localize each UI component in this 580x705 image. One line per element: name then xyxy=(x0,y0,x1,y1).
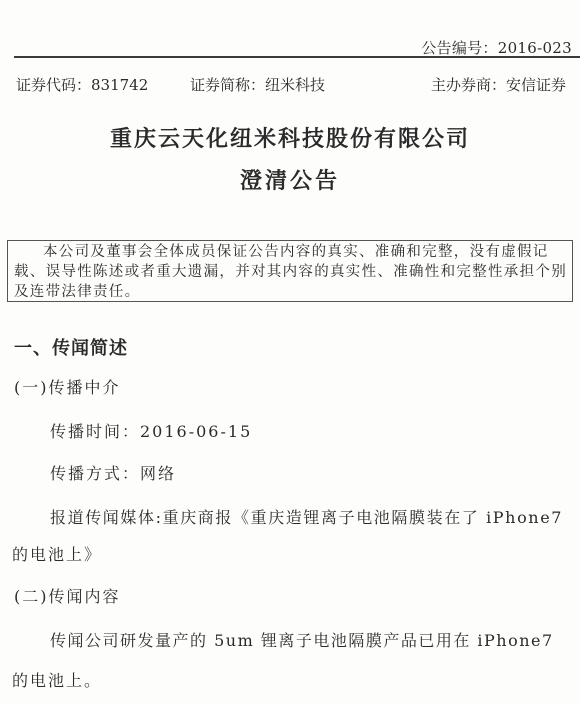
rumor-content-continued: 的电池上。 xyxy=(12,668,102,691)
rumor-content: 传闻公司研发量产的 5um 锂离子电池隔膜产品已用在 iPhone7 xyxy=(50,628,554,651)
announcement-number: 公告编号：2016-023 xyxy=(421,37,572,58)
security-abbreviation: 证券简称：纽米科技 xyxy=(190,74,325,95)
document-type-title: 澄清公告 xyxy=(0,164,580,195)
security-code: 证券代码：831742 xyxy=(16,74,148,95)
reporting-media: 报道传闻媒体:重庆商报《重庆造锂离子电池隔膜装在了 iPhone7 xyxy=(50,505,563,528)
spread-time: 传播时间：2016-06-15 xyxy=(50,419,252,442)
spread-method: 传播方式：网络 xyxy=(50,461,176,484)
subsection-heading-content: (二)传闻内容 xyxy=(14,584,121,607)
sponsor-broker: 主办券商：安信证券 xyxy=(431,74,566,95)
reporting-media-continued: 的电池上》 xyxy=(12,542,102,565)
subsection-heading-medium: (一)传播中介 xyxy=(14,375,121,398)
section-heading-rumor-summary: 一、传闻简述 xyxy=(14,334,128,360)
company-name-title: 重庆云天化纽米科技股份有限公司 xyxy=(0,122,580,153)
header-divider xyxy=(14,56,580,58)
disclaimer-box: 本公司及董事会全体成员保证公告内容的真实、准确和完整，没有虚假记载、误导性陈述或… xyxy=(7,240,573,302)
